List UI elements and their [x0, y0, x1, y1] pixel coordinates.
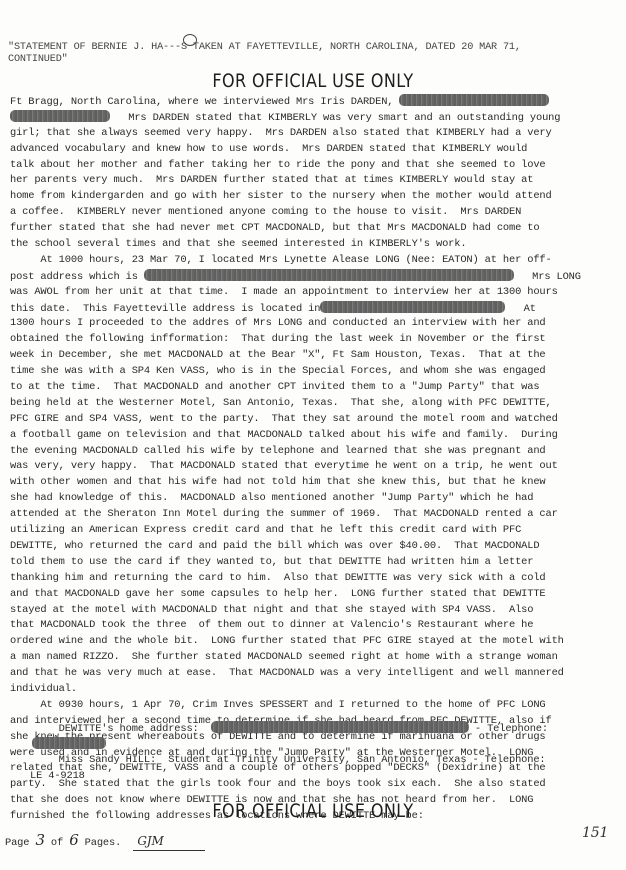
- text-line: a man named RIZZO. She further stated MA…: [10, 650, 622, 666]
- text-line: advanced vocabulary and knew how to use …: [10, 142, 622, 158]
- address-label: DEWITTE's home address:: [10, 723, 199, 735]
- text-line: was very, very happy. That MACDONALD sta…: [10, 459, 622, 475]
- statement-header: "STATEMENT OF BERNIE J. HA---S TAKEN AT …: [8, 42, 618, 66]
- text-line: to at the time. That MACDONALD and anoth…: [10, 380, 622, 396]
- text-line: the evening MACDONALD called his wife by…: [10, 444, 622, 460]
- text-line: utilizing an American Express credit car…: [10, 523, 622, 539]
- text-line: talk about her mother and father taking …: [10, 158, 622, 174]
- text-line: this date. This Fayetteville address is …: [10, 303, 320, 315]
- text-line: DEWITTE, who returned the card and paid …: [10, 539, 622, 555]
- text-line: 1300 hours I proceeded to the addres of …: [10, 316, 622, 332]
- text-line: was AWOL from her unit at that time. I m…: [10, 285, 622, 301]
- text-line: further stated that she had never met CP…: [10, 221, 622, 237]
- header-line-2: CONTINUED": [8, 54, 618, 66]
- text-line: a football game on television and that M…: [10, 428, 622, 444]
- header-line-1: "STATEMENT OF BERNIE J. HA---S TAKEN AT …: [8, 42, 618, 54]
- hill-phone: LE 4-9218: [10, 769, 622, 785]
- text-line: girl; that she always seemed very happy.…: [10, 126, 622, 142]
- text-line: individual.: [10, 682, 622, 698]
- text-line: time she was with a SP4 Ken VASS, who is…: [10, 364, 622, 380]
- paragraph-darden: Ft Bragg, North Carolina, where we inter…: [10, 94, 622, 253]
- text-line: At 0930 hours, 1 Apr 70, Crim Inves SPES…: [10, 698, 622, 714]
- text-line: told them to use the card if they wanted…: [10, 555, 622, 571]
- page-suffix: Pages.: [79, 837, 134, 849]
- text-line: week in December, she met MACDONALD at t…: [10, 348, 622, 364]
- page-total: 6: [69, 831, 78, 849]
- text-line: the school several times and that she se…: [10, 237, 622, 253]
- redaction-block: [144, 269, 514, 281]
- text-line: she had knowledge of this. MACDONALD als…: [10, 491, 622, 507]
- text-line: PFC GIRE and SP4 VASS, went to the party…: [10, 412, 622, 428]
- text-line: a coffee. KIMBERLY never mentioned anyon…: [10, 205, 622, 221]
- text-line: At: [524, 303, 536, 315]
- redaction-block: [211, 721, 469, 733]
- classification-stamp-bottom: FOR OFFICIAL USE ONLY: [0, 802, 626, 820]
- text-line: that MACDONALD took the three of them ou…: [10, 618, 622, 634]
- text-line: ordered wine and the whole bit. LONG fur…: [10, 634, 622, 650]
- page-prefix: Page: [5, 837, 35, 849]
- text-line: her parents very much. Mrs DARDEN furthe…: [10, 173, 622, 189]
- text-line: being held at the Westerner Motel, San A…: [10, 396, 622, 412]
- text-line: Mrs LONG: [532, 271, 581, 283]
- page-footer: Page 3 of 6 Pages. GJM: [5, 833, 205, 852]
- text-line: stayed at the motel with MACDONALD that …: [10, 603, 622, 619]
- address-list: DEWITTE's home address: - Telephone: Mis…: [10, 721, 622, 785]
- page-of: of: [45, 837, 69, 849]
- text-line: with other women and that his wife had n…: [10, 475, 622, 491]
- text-line: Ft Bragg, North Carolina, where we inter…: [10, 96, 393, 108]
- redaction-block: [32, 737, 106, 749]
- text-line: post address which is: [10, 271, 138, 283]
- document-stamp-number: 151: [582, 826, 608, 842]
- classification-stamp-top: FOR OFFICIAL USE ONLY: [0, 72, 626, 90]
- text-line: Mrs DARDEN stated that KIMBERLY was very…: [128, 112, 560, 124]
- redaction-block: [399, 94, 549, 106]
- address-hill: Miss Sandy HILL: Student at Trinity Univ…: [10, 753, 622, 769]
- text-line: At 1000 hours, 23 Mar 70, I located Mrs …: [10, 253, 622, 269]
- text-line: home from kindergarden and go with her s…: [10, 189, 622, 205]
- address-dewitte: DEWITTE's home address: - Telephone:: [10, 721, 622, 737]
- text-line: thanking him and returning the card to h…: [10, 571, 622, 587]
- statement-body: Ft Bragg, North Carolina, where we inter…: [10, 94, 622, 825]
- text-line: and that he was very much at ease. That …: [10, 666, 622, 682]
- document-page: "STATEMENT OF BERNIE J. HA---S TAKEN AT …: [0, 0, 626, 870]
- paragraph-long-interview: At 1000 hours, 23 Mar 70, I located Mrs …: [10, 253, 622, 698]
- text-line: obtained the following infformation: Tha…: [10, 332, 622, 348]
- telephone-label: - Telephone:: [475, 723, 548, 735]
- page-number: 3: [35, 831, 44, 849]
- redaction-block: [10, 110, 110, 122]
- initials-signature: GJM: [133, 834, 205, 851]
- text-line: and that MACDONALD gave her some capsule…: [10, 587, 622, 603]
- redaction-block: [320, 301, 505, 313]
- text-line: attended at the Sheraton Inn Motel durin…: [10, 507, 622, 523]
